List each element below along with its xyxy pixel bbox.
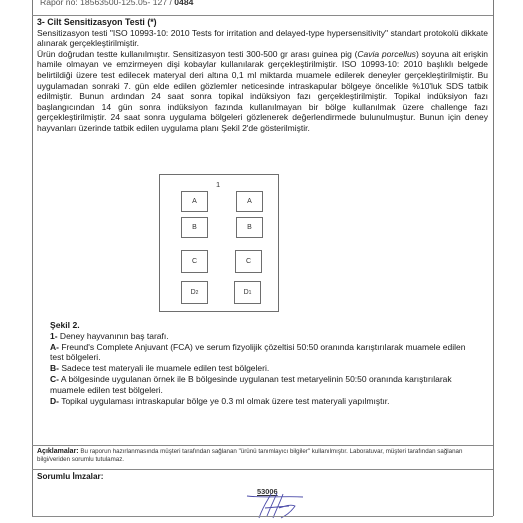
divider bbox=[32, 445, 493, 446]
section-title: 3- Cilt Sensitizasyon Testi (*) bbox=[37, 17, 488, 28]
paragraph-standard: Sensitizasyon testi "ISO 10993-10: 2010 … bbox=[37, 28, 488, 49]
site-c-left: C bbox=[181, 250, 208, 273]
site-d1: D1 bbox=[234, 281, 261, 304]
figure-title: Şekil 2. bbox=[50, 320, 480, 331]
site-b-right: B bbox=[236, 217, 263, 238]
report-number-suffix: 0484 bbox=[174, 0, 193, 7]
divider bbox=[32, 469, 493, 470]
site-b-left: B bbox=[181, 217, 208, 238]
legend-item: B- Sadece test materyali ile muamele edi… bbox=[50, 363, 480, 374]
signatures-label: Sorumlu İmzalar: bbox=[37, 472, 103, 481]
site-d2: D2 bbox=[181, 281, 208, 304]
figure-legend: Şekil 2. 1- Deney hayvanının baş tarafı.… bbox=[50, 320, 480, 406]
legend-item: D- Topikal uygulaması intraskapular bölg… bbox=[50, 396, 480, 407]
divider bbox=[32, 15, 493, 16]
site-a-left: A bbox=[181, 191, 208, 212]
application-plan-diagram: 1 A A B B C C D2 D1 bbox=[159, 174, 279, 312]
paragraph-method-text-2: ) soyuna ait erişkin hamile olmayan ve e… bbox=[37, 49, 488, 133]
paragraph-method-text: Ürün doğrudan testte kullanılmıştır. Sen… bbox=[37, 49, 357, 59]
divider bbox=[32, 516, 493, 517]
remarks-text: Bu raporun hazırlanmasında müşteri taraf… bbox=[37, 448, 462, 463]
report-number-label: Rapor no: bbox=[40, 0, 78, 7]
paragraph-method: Ürün doğrudan testte kullanılmıştır. Sen… bbox=[37, 49, 488, 134]
site-c-right: C bbox=[235, 250, 262, 273]
legend-item: A- Freund's Complete Anjuvant (FCA) ve s… bbox=[50, 342, 480, 364]
section-body: 3- Cilt Sensitizasyon Testi (*) Sensitiz… bbox=[37, 17, 488, 134]
remarks: Açıklamalar: Bu raporun hazırlanmasında … bbox=[37, 448, 487, 464]
legend-item: 1- Deney hayvanının baş tarafı. bbox=[50, 331, 480, 342]
legend-item: C- A bölgesinde uygulanan örnek ile B bö… bbox=[50, 374, 480, 396]
remarks-label: Açıklamalar: bbox=[37, 448, 79, 455]
report-number-value: 18563500-125.05- 127 / bbox=[80, 0, 172, 7]
report-number: Rapor no: 18563500-125.05- 127 / 0484 bbox=[40, 0, 193, 7]
site-a-right: A bbox=[236, 191, 263, 212]
head-marker: 1 bbox=[216, 180, 220, 189]
species-name: Cavia porcellus bbox=[357, 49, 416, 59]
